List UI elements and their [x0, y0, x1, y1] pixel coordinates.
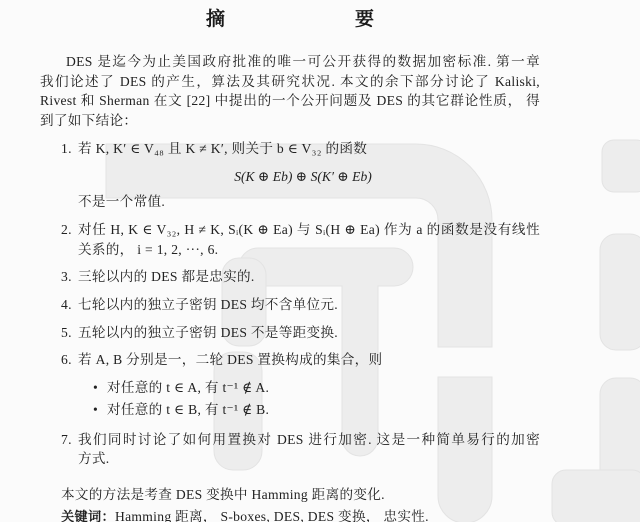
keywords-text: Hamming 距离， S-boxes, DES, DES 变换， 忠实性. — [115, 509, 429, 522]
bullet-text: 对任意的 t ∈ A, 有 t⁻¹ ∉ A. — [107, 378, 269, 398]
list-number: 7. — [61, 430, 78, 469]
list-number-spacer — [61, 192, 78, 212]
intro-line: DES 是迄今为止美国政府批准的唯一可公开获得的数据加密标准. 第一章 — [40, 52, 540, 72]
abstract-content: 摘 要 DES 是迄今为止美国政府批准的唯一可公开获得的数据加密标准. 第一章 … — [0, 0, 640, 522]
list-item-1: 1. 若 K, K′ ∈ V₄₈ 且 K ≠ K′, 则关于 b ∈ V₃₂ 的… — [61, 139, 540, 159]
intro-paragraph: DES 是迄今为止美国政府批准的唯一可公开获得的数据加密标准. 第一章 我们论述… — [40, 52, 540, 131]
list-number: 5. — [61, 323, 78, 343]
list-number: 4. — [61, 295, 78, 315]
conclusion-list: 1. 若 K, K′ ∈ V₄₈ 且 K ≠ K′, 则关于 b ∈ V₃₂ 的… — [40, 139, 540, 469]
list-item-5: 5. 五轮以内的独立子密钥 DES 不是等距变换. — [61, 323, 540, 343]
bullet-text: 对任意的 t ∈ B, 有 t⁻¹ ∉ B. — [107, 400, 269, 420]
list-item-1-continuation: 不是一个常值. — [61, 192, 540, 212]
list-item-line: 我们同时讨论了如何用置换对 DES 进行加密. 这是一种简单易行的加密 — [78, 430, 540, 450]
bullet-item-2: • 对任意的 t ∈ B, 有 t⁻¹ ∉ B. — [93, 400, 540, 420]
page-title: 摘 要 — [40, 8, 540, 32]
list-item-line: 对任 H, K ∈ V₃₂, H ≠ K, Sᵢ(K ⊕ Ea) 与 Sᵢ(H … — [78, 220, 540, 240]
abstract-page: 摘 要 DES 是迄今为止美国政府批准的唯一可公开获得的数据加密标准. 第一章 … — [0, 0, 640, 522]
list-item-7: 7. 我们同时讨论了如何用置换对 DES 进行加密. 这是一种简单易行的加密 方… — [61, 430, 540, 469]
title-char-1: 摘 — [206, 8, 225, 32]
title-char-2: 要 — [355, 8, 374, 32]
bullet-icon: • — [93, 400, 107, 420]
list-item-text: 若 K, K′ ∈ V₄₈ 且 K ≠ K′, 则关于 b ∈ V₃₂ 的函数 — [78, 139, 540, 159]
list-item-3: 3. 三轮以内的 DES 都是忠实的. — [61, 267, 540, 287]
bullet-icon: • — [93, 378, 107, 398]
list-item-6: 6. 若 A, B 分别是一，二轮 DES 置换构成的集合，则 — [61, 350, 540, 370]
list-number: 1. — [61, 139, 78, 159]
sub-bullet-list: • 对任意的 t ∈ A, 有 t⁻¹ ∉ A. • 对任意的 t ∈ B, 有… — [40, 378, 540, 419]
list-item-text: 五轮以内的独立子密钥 DES 不是等距变换. — [78, 323, 540, 343]
bullet-item-1: • 对任意的 t ∈ A, 有 t⁻¹ ∉ A. — [93, 378, 540, 398]
closing-paragraph: 本文的方法是考查 DES 变换中 Hamming 距离的变化. — [61, 485, 540, 505]
list-item-text: 对任 H, K ∈ V₃₂, H ≠ K, Sᵢ(K ⊕ Ea) 与 Sᵢ(H … — [78, 220, 540, 259]
list-item-text: 三轮以内的 DES 都是忠实的. — [78, 267, 540, 287]
keywords-label: 关键词： — [61, 509, 115, 522]
list-item-text: 不是一个常值. — [78, 192, 540, 212]
math-formula: S(K ⊕ Eb) ⊕ S(K′ ⊕ Eb) — [40, 167, 540, 187]
list-item-text: 若 A, B 分别是一，二轮 DES 置换构成的集合，则 — [78, 350, 540, 370]
list-item-text: 七轮以内的独立子密钥 DES 均不含单位元. — [78, 295, 540, 315]
list-item-line: 方式. — [78, 449, 540, 469]
list-item-4: 4. 七轮以内的独立子密钥 DES 均不含单位元. — [61, 295, 540, 315]
list-number: 6. — [61, 350, 78, 370]
list-item-line: 关系的， i = 1, 2, ···, 6. — [78, 240, 540, 260]
list-item-2: 2. 对任 H, K ∈ V₃₂, H ≠ K, Sᵢ(K ⊕ Ea) 与 Sᵢ… — [61, 220, 540, 259]
list-number: 3. — [61, 267, 78, 287]
keywords-line: 关键词：Hamming 距离， S-boxes, DES, DES 变换， 忠实… — [61, 507, 540, 522]
list-number: 2. — [61, 220, 78, 259]
intro-line: 到了如下结论： — [40, 111, 540, 131]
list-item-text: 我们同时讨论了如何用置换对 DES 进行加密. 这是一种简单易行的加密 方式. — [78, 430, 540, 469]
intro-line: Rivest 和 Sherman 在文 [22] 中提出的一个公开问题及 DES… — [40, 91, 540, 111]
intro-line: 我们论述了 DES 的产生，算法及其研究状况. 本文的余下部分讨论了 Kalis… — [40, 72, 540, 92]
